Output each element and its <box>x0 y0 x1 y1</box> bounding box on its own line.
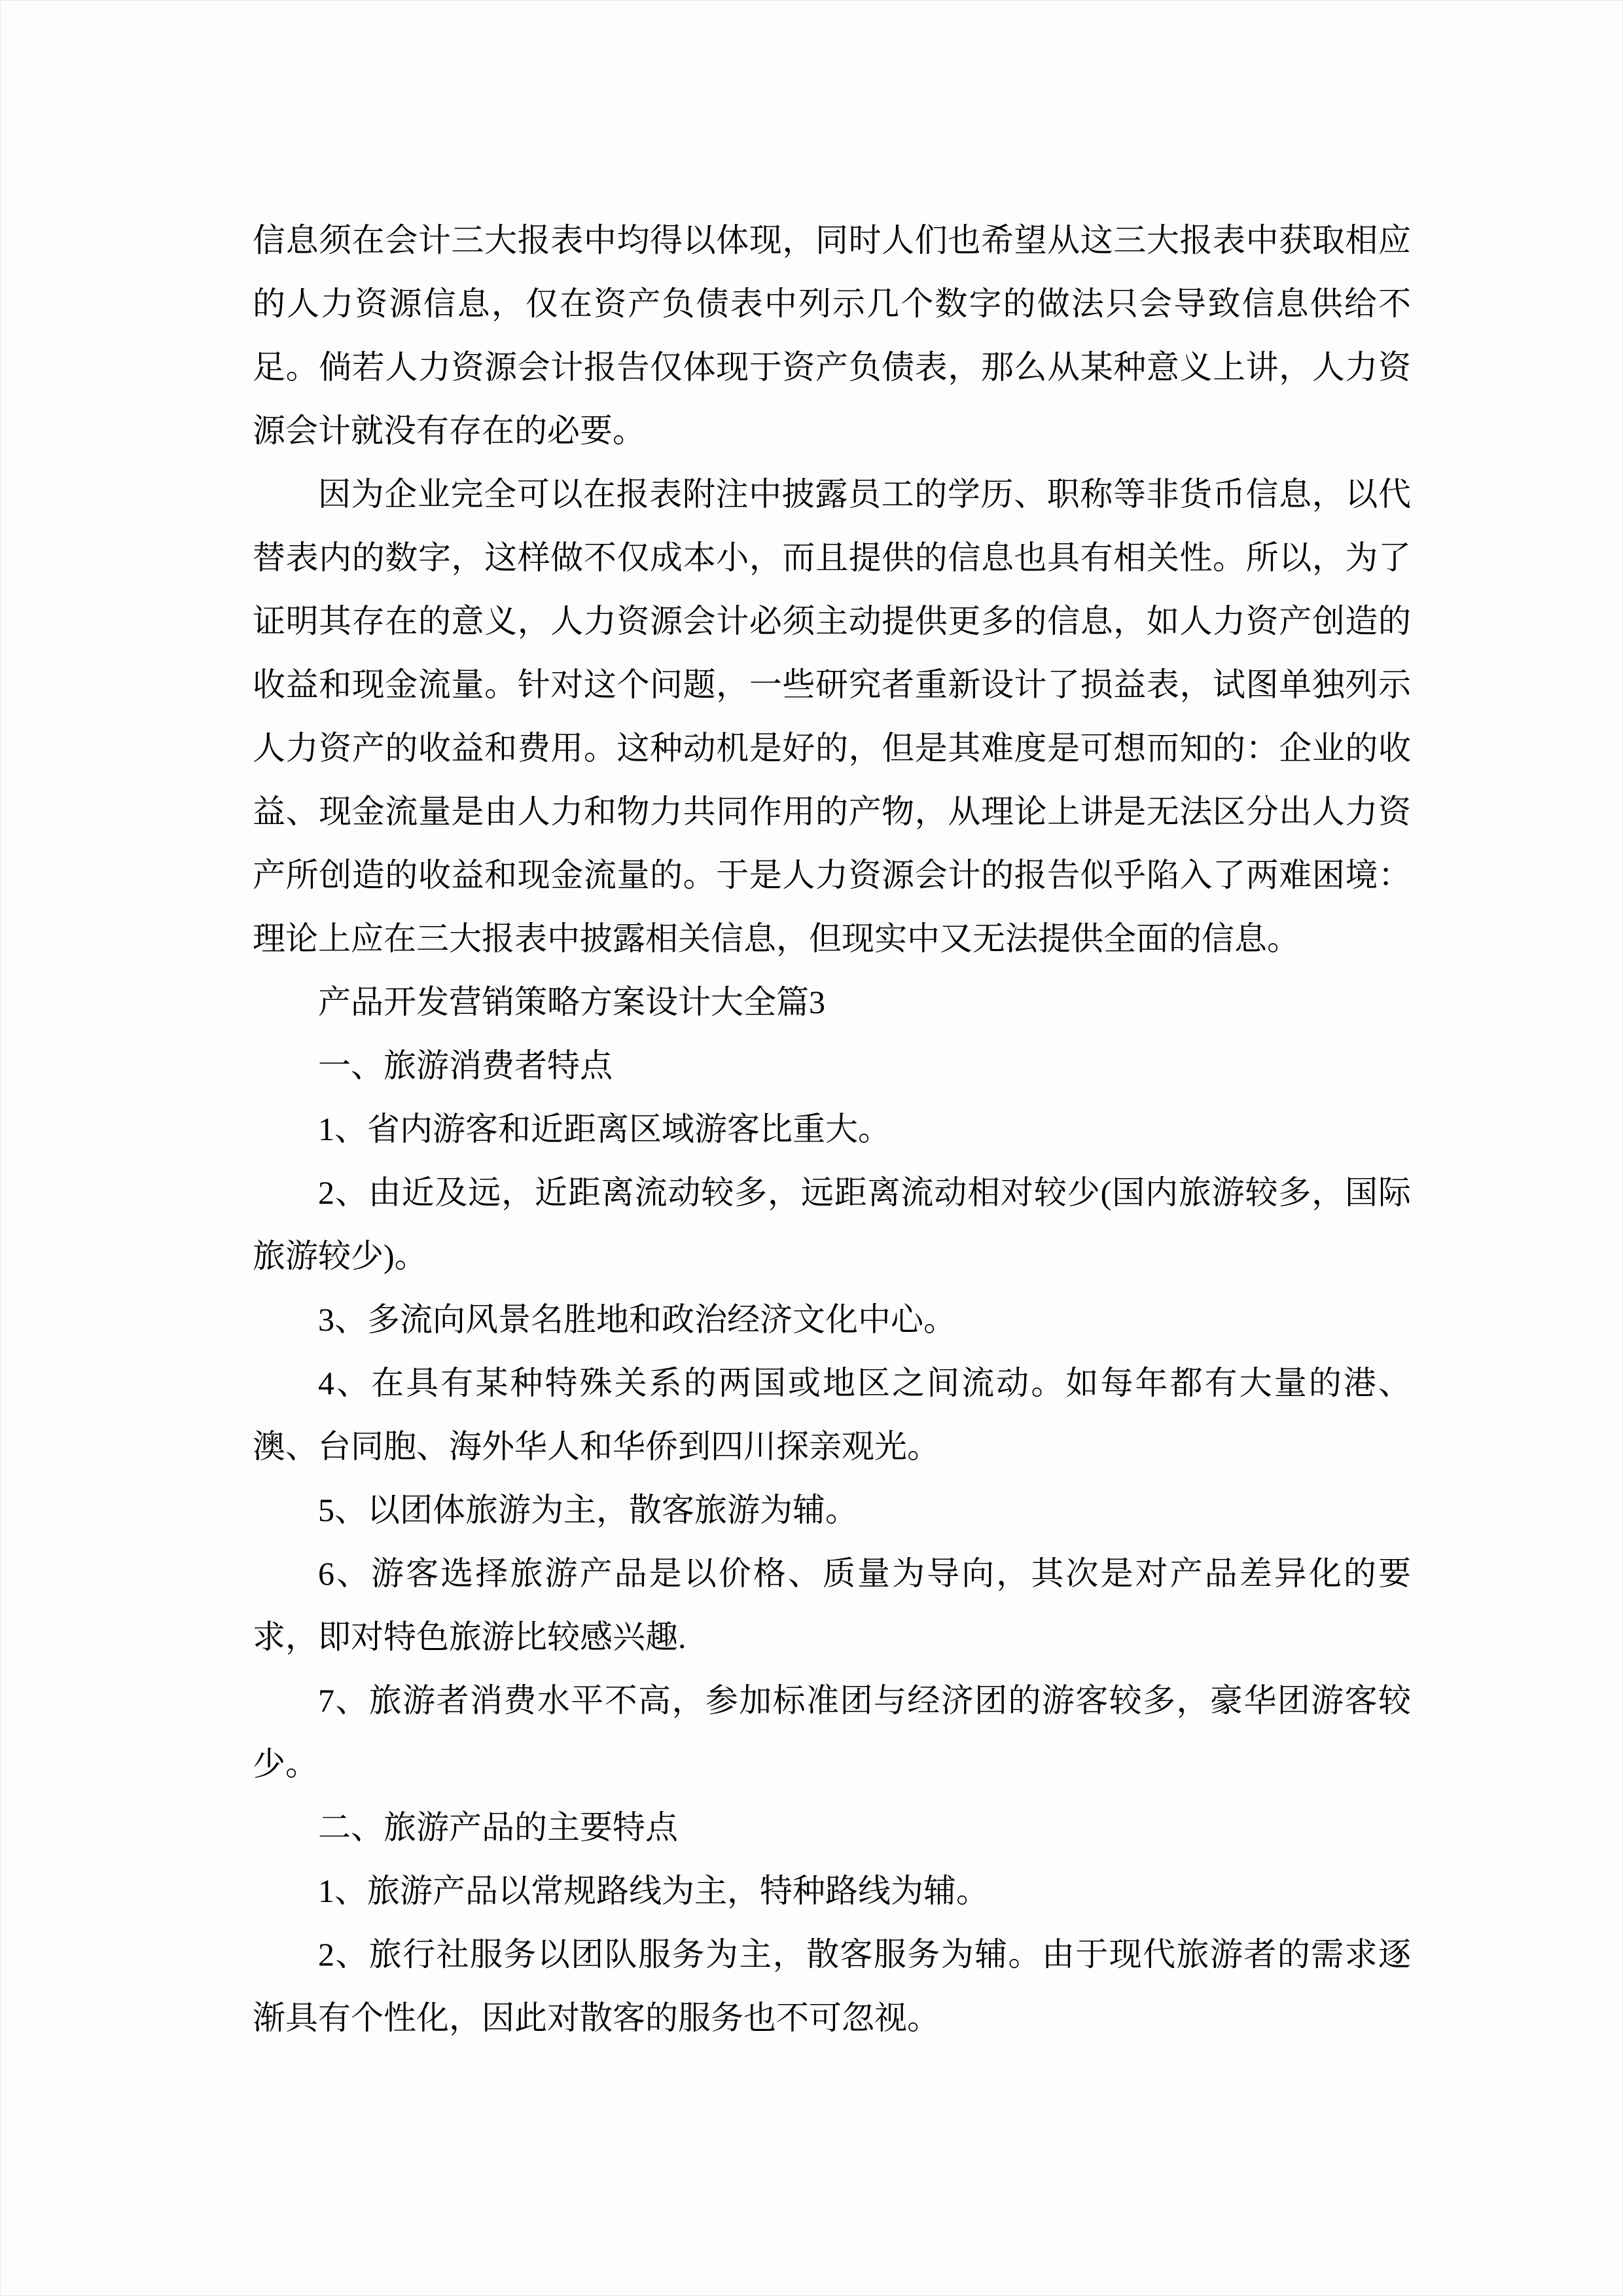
list-item: 6、游客选择旅游产品是以价格、质量为导向，其次是对产品差异化的要求，即对特色旅游… <box>253 1542 1411 1669</box>
list-item: 1、省内游客和近距离区域游客比重大。 <box>253 1098 1411 1161</box>
list-item: 2、旅行社服务以团队服务为主，散客服务为辅。由于现代旅游者的需求逐渐具有个性化，… <box>253 1923 1411 2050</box>
list-item: 3、多流向风景名胜地和政治经济文化中心。 <box>253 1288 1411 1352</box>
document-page: 信息须在会计三大报表中均得以体现，同时人们也希望从这三大报表中获取相应的人力资源… <box>0 0 1623 2296</box>
list-item: 7、旅游者消费水平不高，参加标准团与经济团的游客较多，豪华团游客较少。 <box>253 1669 1411 1796</box>
list-item: 1、旅游产品以常规路线为主，特种路线为辅。 <box>253 1859 1411 1923</box>
paragraph: 因为企业完全可以在报表附注中披露员工的学历、职称等非货币信息，以代替表内的数字，… <box>253 463 1411 971</box>
list-heading: 二、旅游产品的主要特点 <box>253 1796 1411 1859</box>
list-heading: 一、旅游消费者特点 <box>253 1034 1411 1098</box>
list-item: 4、在具有某种特殊关系的两国或地区之间流动。如每年都有大量的港、澳、台同胞、海外… <box>253 1352 1411 1479</box>
list-item: 5、以团体旅游为主，散客旅游为辅。 <box>253 1479 1411 1542</box>
section-heading: 产品开发营销策略方案设计大全篇3 <box>253 971 1411 1034</box>
list-item: 2、由近及远，近距离流动较多，远距离流动相对较少(国内旅游较多，国际旅游较少)。 <box>253 1161 1411 1288</box>
text-block: 信息须在会计三大报表中均得以体现，同时人们也希望从这三大报表中获取相应的人力资源… <box>253 209 1411 2050</box>
paragraph-continuation: 信息须在会计三大报表中均得以体现，同时人们也希望从这三大报表中获取相应的人力资源… <box>253 209 1411 463</box>
